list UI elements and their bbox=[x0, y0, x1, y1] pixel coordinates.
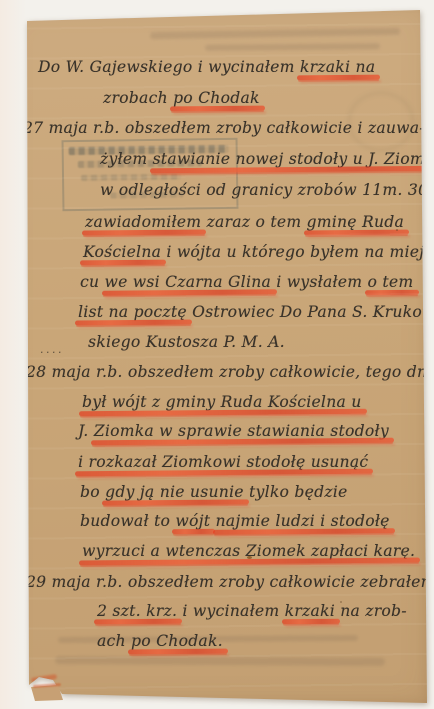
handwritten-line: w odległości od granicy zrobów 11m. 30cm… bbox=[100, 180, 434, 200]
red-underlined-text: po Chodak. bbox=[131, 632, 223, 650]
paper-speck bbox=[247, 556, 252, 559]
text-segment: i wycinałem bbox=[177, 602, 284, 620]
text-segment: bo bbox=[80, 483, 105, 501]
handwritten-line: 28 maja r.b. obszedłem zroby całkowicie,… bbox=[26, 362, 434, 382]
red-underlined-text: 2 szt. krz. bbox=[97, 602, 177, 620]
red-underlined-text: najmie ludzi i stodołę bbox=[216, 512, 390, 530]
handwritten-line: i rozkazał Ziomkowi stodołę usunąć bbox=[78, 452, 368, 472]
text-segment: skiego Kustosza P. M. A. bbox=[88, 333, 285, 351]
handwritten-line: bo gdy ją nie usunie tylko będzie bbox=[80, 482, 348, 502]
red-underlined-text: gminę Ruda bbox=[307, 213, 404, 231]
handwritten-line: list na pocztę Ostrowiec Do Pana S. Kruk… bbox=[78, 302, 434, 322]
handwritten-line: budował to wójt najmie ludzi i stodołę bbox=[80, 511, 390, 531]
red-underlined-text: był wójt z gminy Ruda Kościelna u bbox=[82, 393, 362, 411]
scanned-document-page: Do W. Gajewskiego i wycinałem krzaki naz… bbox=[0, 0, 434, 709]
handwritten-line: był wójt z gminy Ruda Kościelna u bbox=[82, 392, 362, 412]
text-segment: na zrob- bbox=[335, 602, 407, 620]
red-underlined-text: krzaki na bbox=[300, 58, 375, 76]
text-segment bbox=[210, 512, 215, 530]
handwritten-line: zrobach po Chodak bbox=[103, 88, 260, 108]
text-segment: budował to bbox=[80, 512, 175, 530]
text-segment: Ostrowiec Do Pana S. Krukow- bbox=[187, 303, 434, 321]
text-segment: zaraz o tem bbox=[201, 213, 306, 231]
handwritten-line: Kościelna i wójta u którego byłem na mie… bbox=[83, 242, 434, 262]
paper-shadow-wrap: Do W. Gajewskiego i wycinałem krzaki naz… bbox=[0, 0, 434, 709]
text-segment: 29 maja r.b. obszedłem zroby całkowicie … bbox=[26, 573, 434, 591]
paper-speck bbox=[340, 601, 342, 603]
text-segment: i wójta u którego byłem na miejs- bbox=[161, 243, 434, 261]
text-segment: 27 maja r.b. obszedłem zroby całkowicie … bbox=[23, 119, 425, 137]
red-underlined-text: o tem bbox=[368, 273, 414, 291]
handwritten-line: cu we wsi Czarna Glina i wysłałem o tem bbox=[80, 272, 413, 292]
text-segment: w odległości od granicy zrobów 11m. 30cm… bbox=[100, 181, 434, 199]
paper-speck bbox=[396, 229, 398, 231]
red-underlined-text: zawiadomiłem bbox=[85, 213, 201, 231]
red-underlined-text: Ziomka w sprawie stawiania stodoły bbox=[94, 422, 389, 440]
handwritten-line: J. Ziomka w sprawie stawiania stodoły bbox=[78, 421, 389, 441]
red-underlined-text: stawianie nowej stodoły u J. Ziomka bbox=[153, 150, 434, 168]
handwritten-line: żyłem stawianie nowej stodoły u J. Ziomk… bbox=[100, 149, 434, 169]
text-segment: zrobach bbox=[103, 89, 173, 107]
text-segment: tylko będzie bbox=[244, 483, 348, 501]
handwriting-layer: Do W. Gajewskiego i wycinałem krzaki naz… bbox=[0, 0, 434, 709]
text-segment: .... bbox=[40, 343, 64, 356]
text-segment: i wysłałem bbox=[271, 273, 367, 291]
red-underlined-text: wójt bbox=[175, 512, 210, 530]
red-underlined-text: i rozkazał Ziomkowi stodołę usunąć bbox=[78, 453, 368, 471]
red-underlined-text: Kościelna bbox=[83, 243, 161, 261]
handwritten-line: zawiadomiłem zaraz o tem gminę Ruda bbox=[85, 212, 404, 232]
red-underlined-text: we wsi Czarna Glina bbox=[105, 273, 272, 291]
red-underlined-text: list na pocztę bbox=[78, 303, 187, 321]
paper-sheet: Do W. Gajewskiego i wycinałem krzaki naz… bbox=[0, 0, 434, 709]
red-underlined-text: gdy ją nie usunie bbox=[105, 483, 244, 501]
handwritten-line: ach po Chodak. bbox=[97, 631, 223, 651]
handwritten-line: 29 maja r.b. obszedłem zroby całkowicie … bbox=[26, 572, 434, 592]
text-segment: 28 maja r.b. obszedłem zroby całkowicie,… bbox=[26, 363, 434, 381]
text-segment: J. bbox=[78, 422, 94, 440]
handwritten-line: Do W. Gajewskiego i wycinałem krzaki na bbox=[38, 57, 375, 77]
text-segment: żyłem bbox=[100, 150, 153, 168]
handwritten-line: skiego Kustosza P. M. A. bbox=[88, 332, 285, 352]
text-segment: Do W. Gajewskiego i wycinałem bbox=[38, 58, 300, 76]
text-segment: cu bbox=[80, 273, 105, 291]
red-underlined-text: krzaki bbox=[285, 602, 335, 620]
handwritten-line: 27 maja r.b. obszedłem zroby całkowicie … bbox=[23, 118, 425, 138]
margin-dots: .... bbox=[40, 340, 64, 360]
red-underlined-text: po Chodak bbox=[173, 89, 260, 107]
text-segment: ach bbox=[97, 632, 131, 650]
handwritten-line: 2 szt. krz. i wycinałem krzaki na zrob- bbox=[97, 601, 407, 621]
